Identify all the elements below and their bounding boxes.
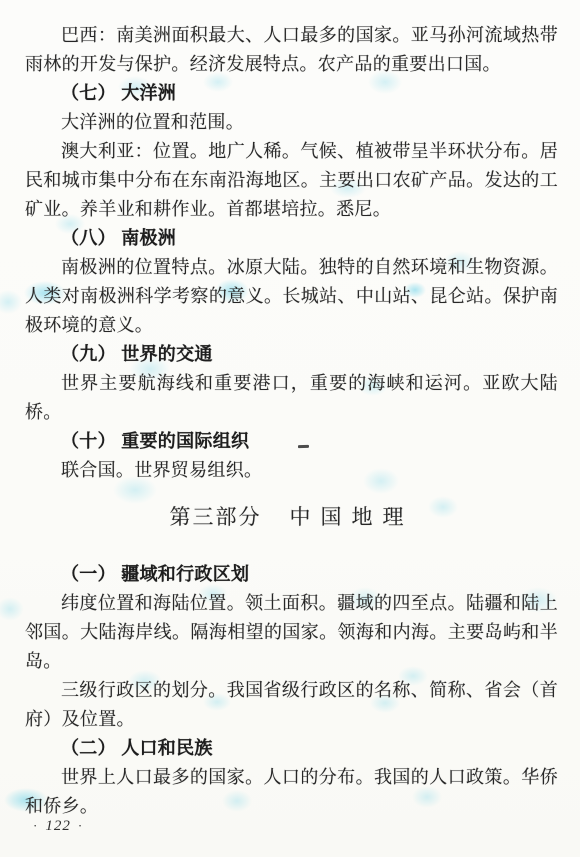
scan-artifact <box>0 597 24 621</box>
paragraph-oceania-position: 大洋洲的位置和范围。 <box>25 108 558 137</box>
paragraph-territory: 纬度位置和海陆位置。领土面积。疆域的四至点。陆疆和陆上邻国。大陆海岸线。隔海相望… <box>25 589 558 676</box>
page-number-right-dot: · <box>78 818 83 833</box>
paragraph-australia: 澳大利亚：位置。地广人稀。气候、植被带呈半环状分布。居民和城市集中分布在东南沿海… <box>25 137 558 224</box>
scan-artifact <box>0 290 22 314</box>
heading-oceania: （七） 大洋洲 <box>25 79 558 108</box>
heading-territory-divisions: （一） 疆域和行政区划 <box>25 560 558 589</box>
part-heading-china-geography: 第三部分中国地理 <box>25 502 558 532</box>
heading-world-transport: （九） 世界的交通 <box>25 340 558 369</box>
paragraph-administrative: 三级行政区的划分。我国省级行政区的名称、简称、省会（首府）及位置。 <box>25 676 558 734</box>
heading-population-ethnicity: （二） 人口和民族 <box>25 734 558 763</box>
paragraph-brazil: 巴西：南美洲面积最大、人口最多的国家。亚马孙河流域热带雨林的开发与保护。经济发展… <box>25 21 558 79</box>
part-title: 中国地理 <box>290 505 414 529</box>
paragraph-transport: 世界主要航海线和重要港口，重要的海峡和运河。亚欧大陆桥。 <box>25 369 558 427</box>
page-number-left-dot: · <box>33 818 38 833</box>
paragraph-population: 世界上人口最多的国家。人口的分布。我国的人口政策。华侨和侨乡。 <box>25 763 558 821</box>
paragraph-antarctica: 南极洲的位置特点。冰原大陆。独特的自然环境和生物资源。人类对南极洲科学考察的意义… <box>25 253 558 340</box>
page-number: ·122· <box>33 818 90 835</box>
text-column: 巴西：南美洲面积最大、人口最多的国家。亚马孙河流域热带雨林的开发与保护。经济发展… <box>25 21 558 821</box>
heading-antarctica: （八） 南极洲 <box>25 224 558 253</box>
paragraph-organizations: 联合国。世界贸易组织。 <box>25 456 558 485</box>
scanned-book-page: 巴西：南美洲面积最大、人口最多的国家。亚马孙河流域热带雨林的开发与保护。经济发展… <box>0 0 580 857</box>
part-label: 第三部分 <box>170 505 262 529</box>
page-number-value: 122 <box>45 818 71 834</box>
heading-international-organizations: （十） 重要的国际组织 <box>25 427 558 456</box>
